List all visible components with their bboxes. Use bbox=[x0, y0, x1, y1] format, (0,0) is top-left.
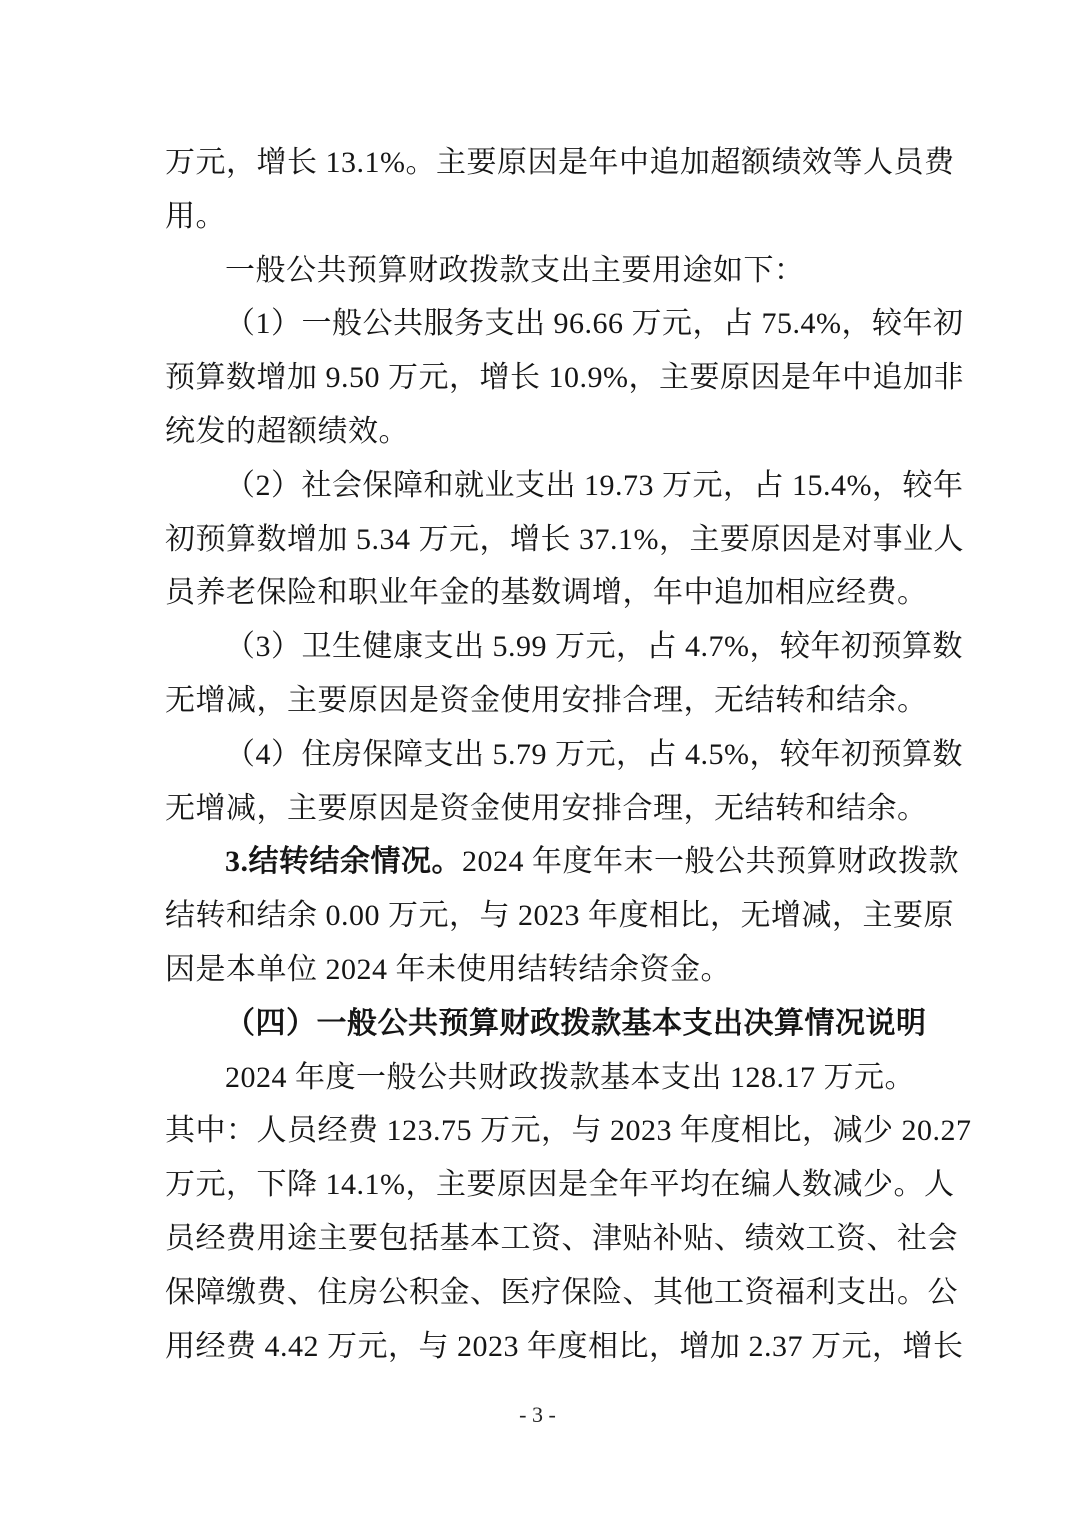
document-body-text: 万元，增长 13.1%。主要原因是年中追加超额绩效等人员费 用。 一般公共预算财… bbox=[165, 136, 925, 1373]
text-run: 用经费 4.42 万元，与 2023 年度相比，增加 2.37 万元，增长 bbox=[165, 1330, 964, 1363]
page-number: - 3 - bbox=[519, 1402, 556, 1427]
text-run: （3）卫生健康支出 5.99 万元，占 4.7%，较年初预算数 bbox=[225, 630, 963, 663]
text-run: 统发的超额绩效。 bbox=[165, 415, 409, 448]
document-page: 万元，增长 13.1%。主要原因是年中追加超额绩效等人员费 用。 一般公共预算财… bbox=[0, 0, 1075, 1520]
line-13: 无增减，主要原因是资金使用安排合理，无结转和结余。 bbox=[165, 782, 925, 836]
line-02: 用。 bbox=[165, 190, 925, 244]
text-run: 初预算数增加 5.34 万元，增长 37.1%，主要原因是对事业人 bbox=[165, 523, 964, 556]
text-run: 2024 年度一般公共财政拨款基本支出 128.17 万元。 bbox=[225, 1061, 915, 1094]
line-20: 万元，下降 14.1%，主要原因是全年平均在编人数减少。人 bbox=[165, 1158, 925, 1212]
text-run: 万元，下降 14.1%，主要原因是全年平均在编人数减少。人 bbox=[165, 1168, 955, 1201]
line-17-section-heading: （四）一般公共预算财政拨款基本支出决算情况说明 bbox=[165, 997, 925, 1051]
text-run: 因是本单位 2024 年未使用结转结余资金。 bbox=[165, 953, 731, 986]
line-05: 预算数增加 9.50 万元，增长 10.9%，主要原因是年中追加非 bbox=[165, 351, 925, 405]
text-run: 员经费用途主要包括基本工资、津贴补贴、绩效工资、社会 bbox=[165, 1222, 958, 1255]
text-run: （1）一般公共服务支出 96.66 万元，占 75.4%，较年初 bbox=[225, 307, 964, 340]
line-19: 其中：人员经费 123.75 万元，与 2023 年度相比，减少 20.27 bbox=[165, 1104, 925, 1158]
line-07: （2）社会保障和就业支出 19.73 万元，占 15.4%，较年 bbox=[165, 459, 925, 513]
line-23: 用经费 4.42 万元，与 2023 年度相比，增加 2.37 万元，增长 bbox=[165, 1320, 925, 1374]
text-run: 员养老保险和职业年金的基数调增，年中追加相应经费。 bbox=[165, 576, 928, 609]
text-run: 用。 bbox=[165, 200, 226, 233]
bold-run: （四）一般公共预算财政拨款基本支出决算情况说明 bbox=[225, 1007, 927, 1040]
line-22: 保障缴费、住房公积金、医疗保险、其他工资福利支出。公 bbox=[165, 1266, 925, 1320]
line-01: 万元，增长 13.1%。主要原因是年中追加超额绩效等人员费 bbox=[165, 136, 925, 190]
text-run: 其中：人员经费 123.75 万元，与 2023 年度相比，减少 20.27 bbox=[165, 1114, 972, 1147]
line-10: （3）卫生健康支出 5.99 万元，占 4.7%，较年初预算数 bbox=[165, 620, 925, 674]
line-15: 结转和结余 0.00 万元，与 2023 年度相比，无增减，主要原 bbox=[165, 889, 925, 943]
text-run: 一般公共预算财政拨款支出主要用途如下： bbox=[225, 254, 805, 287]
text-run: （4）住房保障支出 5.79 万元，占 4.5%，较年初预算数 bbox=[225, 738, 963, 771]
text-run: 结转和结余 0.00 万元，与 2023 年度相比，无增减，主要原 bbox=[165, 899, 954, 932]
page-footer: - 3 - bbox=[0, 1402, 1075, 1428]
line-18: 2024 年度一般公共财政拨款基本支出 128.17 万元。 bbox=[165, 1051, 925, 1105]
line-16: 因是本单位 2024 年未使用结转结余资金。 bbox=[165, 943, 925, 997]
text-run: 预算数增加 9.50 万元，增长 10.9%，主要原因是年中追加非 bbox=[165, 361, 964, 394]
text-run: 万元，增长 13.1%。主要原因是年中追加超额绩效等人员费 bbox=[165, 146, 955, 179]
line-21: 员经费用途主要包括基本工资、津贴补贴、绩效工资、社会 bbox=[165, 1212, 925, 1266]
line-04: （1）一般公共服务支出 96.66 万元，占 75.4%，较年初 bbox=[165, 297, 925, 351]
text-run: 无增减，主要原因是资金使用安排合理，无结转和结余。 bbox=[165, 684, 928, 717]
bold-run: 3.结转结余情况。 bbox=[225, 845, 462, 878]
line-08: 初预算数增加 5.34 万元，增长 37.1%，主要原因是对事业人 bbox=[165, 513, 925, 567]
line-12: （4）住房保障支出 5.79 万元，占 4.5%，较年初预算数 bbox=[165, 728, 925, 782]
line-09: 员养老保险和职业年金的基数调增，年中追加相应经费。 bbox=[165, 566, 925, 620]
text-run: （2）社会保障和就业支出 19.73 万元，占 15.4%，较年 bbox=[225, 469, 964, 502]
line-03: 一般公共预算财政拨款支出主要用途如下： bbox=[165, 244, 925, 298]
line-11: 无增减，主要原因是资金使用安排合理，无结转和结余。 bbox=[165, 674, 925, 728]
line-14-carryover-heading: 3.结转结余情况。2024 年度年末一般公共预算财政拨款 bbox=[165, 835, 925, 889]
text-run: 保障缴费、住房公积金、医疗保险、其他工资福利支出。公 bbox=[165, 1276, 958, 1309]
text-run: 2024 年度年末一般公共预算财政拨款 bbox=[462, 845, 959, 878]
line-06: 统发的超额绩效。 bbox=[165, 405, 925, 459]
text-run: 无增减，主要原因是资金使用安排合理，无结转和结余。 bbox=[165, 792, 928, 825]
